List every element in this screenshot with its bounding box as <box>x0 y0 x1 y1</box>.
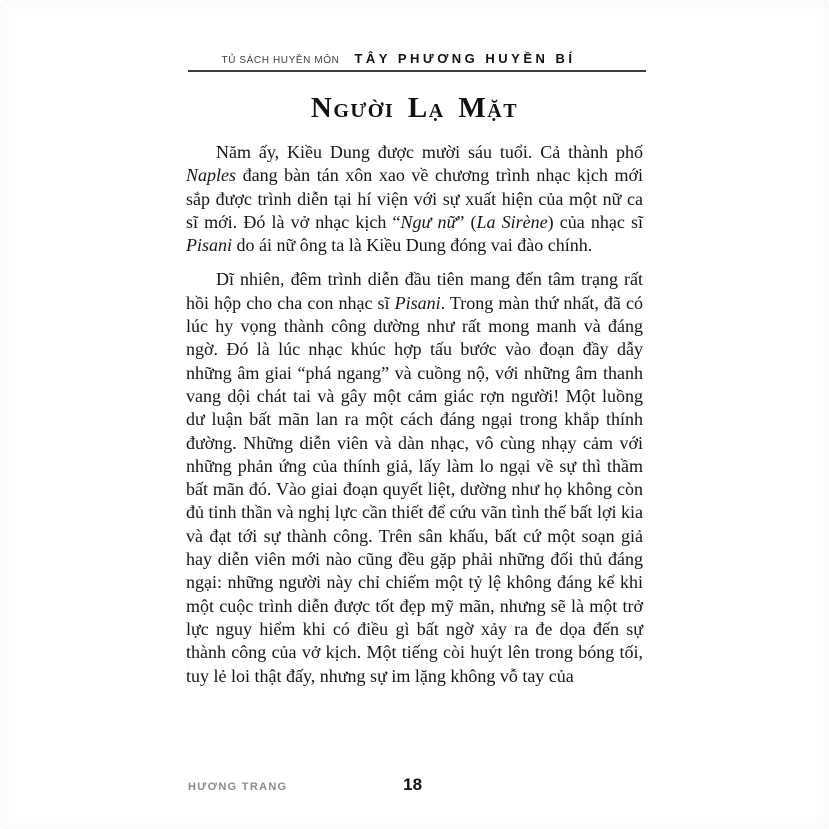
text-run: ) của nhạc sĩ <box>548 212 643 232</box>
chapter-title: Người Lạ Mặt <box>0 92 829 125</box>
italic-text-run: Ngư nữ <box>401 212 457 232</box>
page-footer: HƯƠNG TRANG 18 <box>186 773 643 803</box>
italic-text-run: Pisani <box>186 235 232 255</box>
text-run: ” ( <box>456 212 476 232</box>
paragraph: Năm ấy, Kiều Dung được mười sáu tuổi. Cả… <box>186 141 643 257</box>
running-head: TỦ SÁCH HUYỀN MÔN TÂY PHƯƠNG HUYỀN BÍ <box>170 51 627 66</box>
italic-text-run: Naples <box>186 165 236 185</box>
paragraph: Dĩ nhiên, đêm trình diễn đầu tiên mang đ… <box>186 268 643 687</box>
text-run: do ái nữ ông ta là Kiều Dung đóng vai đà… <box>232 235 592 255</box>
text-run: Năm ấy, Kiều Dung được mười sáu tuổi. Cả… <box>216 142 643 162</box>
book-page: TỦ SÁCH HUYỀN MÔN TÂY PHƯƠNG HUYỀN BÍ Ng… <box>0 0 829 829</box>
italic-text-run: Pisani <box>395 293 441 313</box>
series-label: TỦ SÁCH HUYỀN MÔN <box>221 55 339 66</box>
header-rule <box>188 70 646 72</box>
body-text: Năm ấy, Kiều Dung được mười sáu tuổi. Cả… <box>186 141 643 699</box>
italic-text-run: La Sirène <box>476 212 547 232</box>
book-title-label: TÂY PHƯƠNG HUYỀN BÍ <box>354 51 575 66</box>
page-number: 18 <box>403 775 422 795</box>
text-run: . Trong màn thứ nhất, đã có lúc hy vọng … <box>186 293 643 686</box>
publisher-label: HƯƠNG TRANG <box>188 781 287 793</box>
